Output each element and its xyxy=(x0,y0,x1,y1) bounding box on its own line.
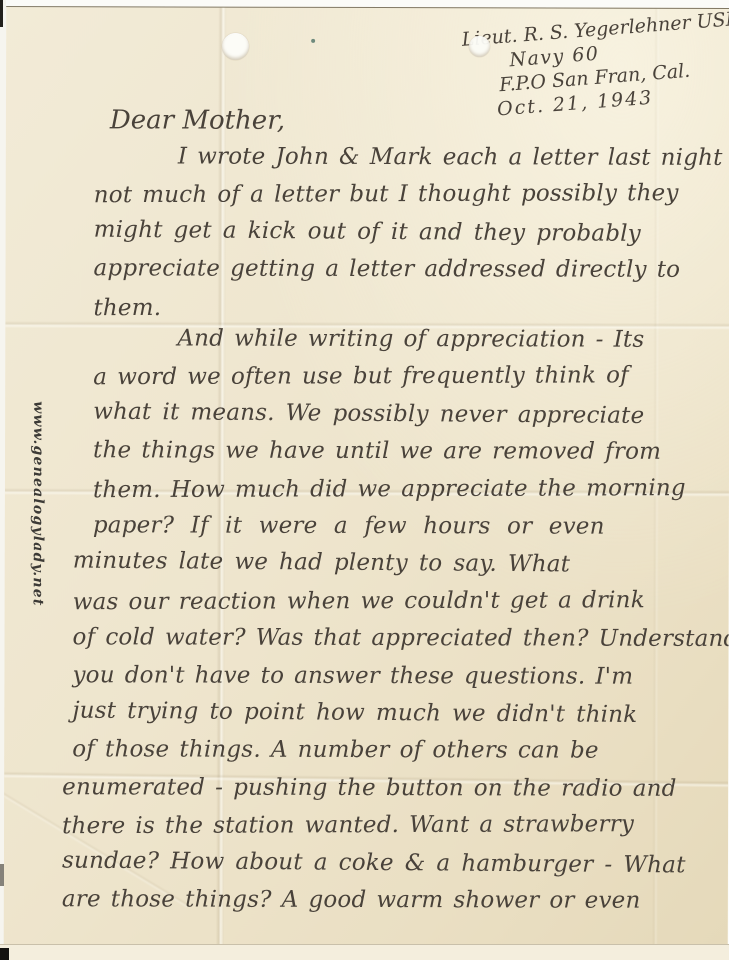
letter-line: are those things? A good warm shower or … xyxy=(62,881,718,920)
letter-line: was our reaction when we couldn't get a … xyxy=(73,582,719,622)
scanned-letter: www.genealogylady.net Lieut. R. S. Yeger… xyxy=(0,0,729,960)
letter-line: enumerated - pushing the button on the r… xyxy=(62,769,718,808)
letter-line: of cold water? Was that appreciated then… xyxy=(73,619,719,658)
paragraph: I wrote John & Mark each a letter last n… xyxy=(93,138,719,327)
letter-line: the things we have until we are removed … xyxy=(93,433,719,472)
letter-line: I wrote John & Mark each a letter last n… xyxy=(178,139,720,178)
scanner-background-bottom xyxy=(0,944,729,960)
letter-paper: www.genealogylady.net Lieut. R. S. Yeger… xyxy=(4,6,729,946)
letter-line: minutes late we had plenty to say. What xyxy=(73,543,719,585)
letter-line: sundae? How about a coke & a hamburger -… xyxy=(62,842,718,885)
paragraph: And while writing of appreciation - Itsa… xyxy=(92,320,720,920)
letter-line: what it means. We possibly never appreci… xyxy=(93,393,719,435)
letter-line: just trying to point how much we didn't … xyxy=(72,693,718,735)
scan-edge-artifact-bottom xyxy=(0,948,9,960)
letter-body: I wrote John & Mark each a letter last n… xyxy=(4,7,729,946)
letter-line: there is the station wanted. Want a stra… xyxy=(62,806,718,846)
letter-line: might get a kick out of it and they prob… xyxy=(94,211,720,253)
letter-line: appreciate getting a letter addressed di… xyxy=(93,251,719,290)
punch-hole-left xyxy=(222,33,249,60)
letter-line: of those things. A number of others can … xyxy=(72,732,718,771)
letter-line: a word we often use but frequently think… xyxy=(93,357,719,397)
letter-line: And while writing of appreciation - Its xyxy=(177,321,719,360)
letter-line: paper? If it were a few hours or even xyxy=(93,507,719,546)
scan-edge-artifact-top xyxy=(0,0,3,27)
punch-hole-right xyxy=(469,36,490,57)
letter-line: them. How much did we appreciate the mor… xyxy=(93,470,719,510)
letter-line: you don't have to answer these questions… xyxy=(72,657,718,696)
letter-line: not much of a letter but I thought possi… xyxy=(94,175,720,215)
scan-edge-artifact-left xyxy=(0,864,4,886)
